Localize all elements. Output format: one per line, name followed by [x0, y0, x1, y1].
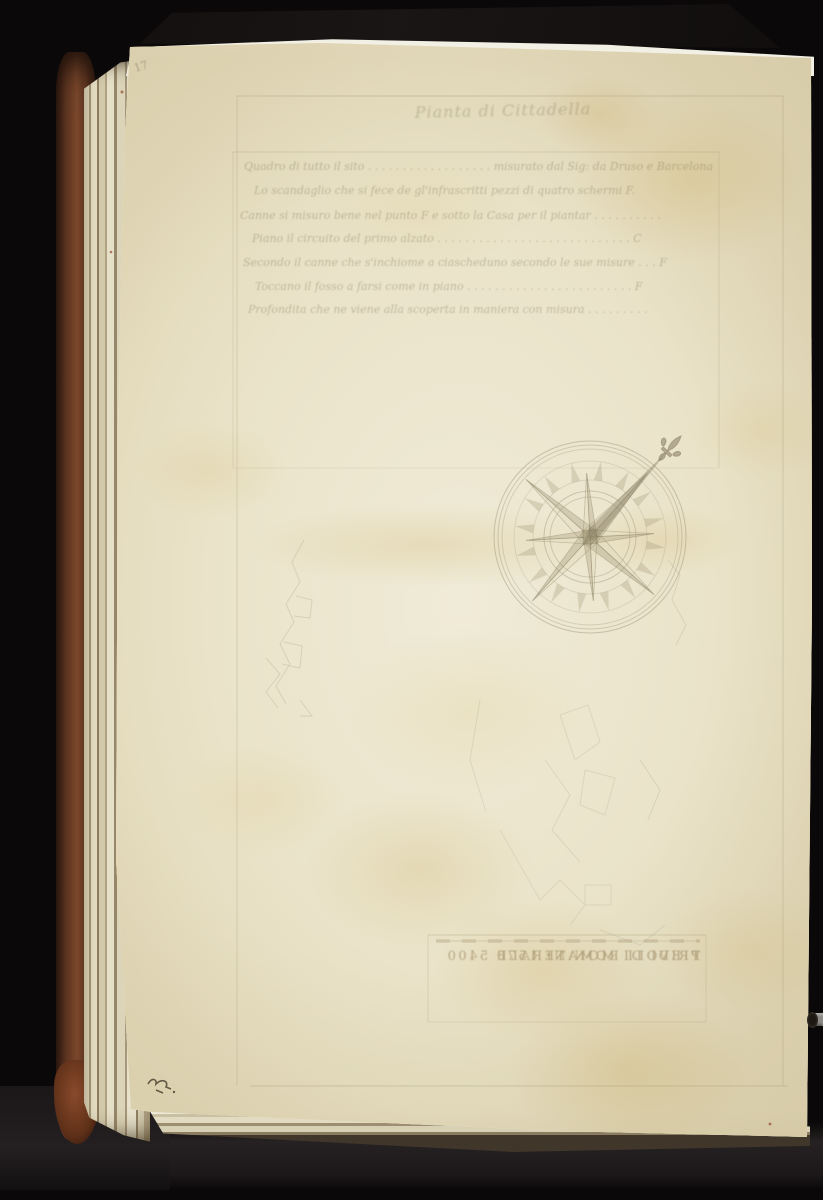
- bleedthrough-legend-line: Quadro di tutto il sito . . . . . . . . …: [244, 160, 722, 173]
- bleedthrough-legend-line: Piano il circuito del primo alzato . . .…: [252, 232, 730, 245]
- red-specks: [110, 91, 772, 1126]
- ink-mark: [148, 1079, 175, 1093]
- sketch-lines-center: [470, 700, 665, 945]
- sketch-lines-left: [266, 540, 312, 716]
- mounting-clip-head: [807, 1012, 818, 1028]
- bleedthrough-legend-line: Lo scandaglio che si fece de gl'infrascr…: [254, 184, 732, 197]
- bleedthrough-legend-line: Canne si misuro bene nel punto F e sotto…: [240, 209, 718, 222]
- compass-rose: [469, 378, 745, 658]
- photo-stage: Pianta di Cittadella Quadro di tutto il …: [0, 0, 823, 1200]
- bleedthrough-legend-line: Profondita che ne viene alla scoperta in…: [248, 303, 726, 316]
- mirrored-scale-line2: TRIVOLI ROMANI 1570: [494, 946, 700, 968]
- bleedthrough-legend-line: Secondo il canne che s'inchiome a ciasch…: [243, 256, 721, 269]
- bleedthrough-legend-line: Toccano il fosso a farsi come in piano .…: [255, 280, 733, 293]
- bleedthrough-overlay: [0, 0, 823, 1200]
